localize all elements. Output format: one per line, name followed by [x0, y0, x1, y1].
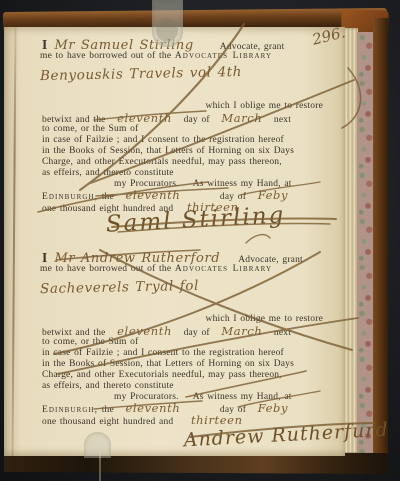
failzie-line: in case of Failzie ; and I consent to th… [42, 135, 337, 146]
binding-thread [99, 452, 101, 481]
sum-line: to come, or the Sum of [42, 124, 337, 135]
year-text: one thousand eight hundred and [42, 417, 173, 427]
city-text: Edinburgh, [42, 192, 98, 202]
signed-month-handwritten: Feby [258, 188, 288, 202]
effeirs-line: as effeirs, and thereto constitute [42, 381, 337, 392]
printed-initial: I [42, 37, 47, 52]
city-text: Edinburgh, [42, 405, 98, 415]
the-text: the [102, 405, 114, 415]
mounting-tab-top [152, 0, 183, 47]
entry-header-line: IMr Samuel StirlingAdvocate, grant [42, 39, 337, 50]
book-title-handwritten: Sacheverels Tryal fol [40, 278, 337, 295]
book-title-handwritten: Benyouskis Travels vol 4th [40, 65, 337, 82]
book-right-leather-edge [373, 18, 388, 466]
mounting-tab-bottom [84, 432, 111, 458]
return-day-handwritten: eleventh [117, 324, 172, 338]
library-name: Advocates Library [175, 51, 272, 61]
betwixt-line: betwixt and the eleventh day of March ne… [42, 326, 337, 337]
borrowing-entry: IMr Samuel StirlingAdvocate, grant me to… [4, 39, 345, 249]
session-line: in the Books of Session, that Letters of… [42, 146, 337, 157]
charge-line: Charge, and other Executorials needful, … [42, 370, 337, 381]
return-month-handwritten: March [221, 324, 262, 338]
return-month-handwritten: March [221, 111, 262, 125]
session-line: in the Books of Session, that Letters of… [42, 359, 337, 370]
borrowed-prefix: me to have borrowed out of the [40, 51, 171, 61]
printed-initial: I [42, 250, 47, 265]
restore-line: which I oblige me to restore [42, 314, 337, 325]
signed-day-handwritten: eleventh [126, 401, 181, 415]
photographed-ledger-scene: 296. IMr Samuel StirlingAdvocate, grant … [0, 0, 400, 481]
ledger-page: 296. IMr Samuel StirlingAdvocate, grant … [4, 27, 345, 456]
signed-day-handwritten: eleventh [126, 188, 181, 202]
signed-month-handwritten: Feby [258, 401, 288, 415]
effeirs-line: as effeirs, and thereto constitute [42, 168, 337, 179]
edinburgh-line: Edinburgh, the eleventh day of Feby [42, 403, 337, 414]
failzie-line: in case of Failzie ; and I consent to th… [42, 348, 337, 359]
restore-line: which I oblige me to restore [42, 101, 337, 112]
borrowed-prefix: me to have borrowed out of the [40, 264, 171, 274]
year-handwritten: thirteen [191, 413, 243, 427]
return-day-handwritten: eleventh [117, 111, 172, 125]
the-text: the [102, 192, 114, 202]
mounting-tab-spot [156, 18, 178, 42]
library-name: Advocates Library [175, 264, 272, 274]
sum-line: to come, or the Sum of [42, 337, 337, 348]
charge-line: Charge, and other Executorials needful, … [42, 157, 337, 168]
borrowed-line: me to have borrowed out of the Advocates… [40, 51, 337, 62]
borrowed-line: me to have borrowed out of the Advocates… [40, 264, 337, 275]
betwixt-line: betwixt and the eleventh day of March ne… [42, 113, 337, 124]
marbled-endpaper-edge [357, 32, 374, 456]
borrowing-entry: IMr Andrew RutherfordAdvocate, grant me … [4, 252, 345, 462]
entry-header-line: IMr Andrew RutherfordAdvocate, grant [42, 252, 337, 263]
